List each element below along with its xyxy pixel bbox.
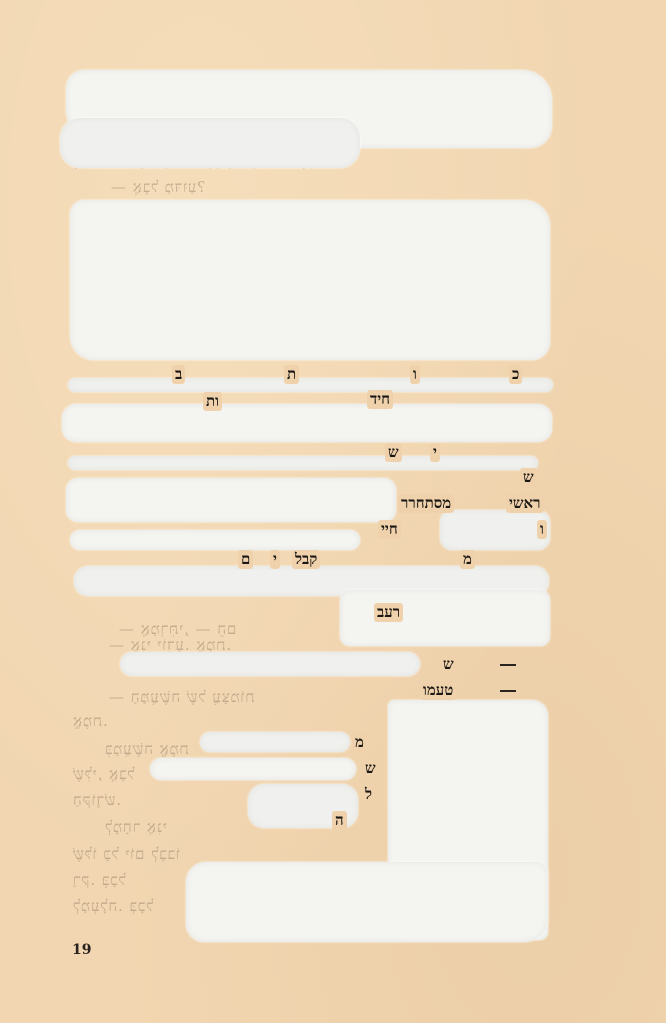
exposed-fragment: מסתחרר xyxy=(398,494,454,513)
exposed-fragment: י xyxy=(270,550,280,569)
exposed-fragment: חיד xyxy=(367,390,393,409)
exposed-fragment: ם xyxy=(238,550,253,569)
exposed-fragment: טעמו xyxy=(420,681,456,700)
paint-stroke xyxy=(150,758,356,780)
exposed-fragment: ו xyxy=(537,520,547,539)
exposed-fragment: ת xyxy=(284,365,299,384)
paint-stroke xyxy=(66,478,396,522)
exposed-fragment: ש xyxy=(362,759,379,778)
ghost-line: — הַמַּעֲשֶׂה שֶׁל עֲצָמוֹת xyxy=(108,688,254,707)
ghost-line: — אֲבָל מַדּוּעַ? xyxy=(110,178,205,197)
exposed-fragment: ב xyxy=(172,365,185,384)
exposed-fragment: ש xyxy=(440,655,457,674)
paint-stroke xyxy=(68,456,538,470)
ghost-line: שֶׁלִּי, אֲבָל xyxy=(72,765,134,784)
paint-stroke xyxy=(440,510,550,550)
exposed-fragment: ש xyxy=(520,468,537,487)
exposed-fragment: חיי xyxy=(378,520,401,539)
exposed-fragment: י xyxy=(430,443,440,462)
paint-stroke xyxy=(68,378,553,392)
ghost-line: בְּמַעֲשֶׂה אֱמֶת xyxy=(104,740,189,759)
paint-stroke xyxy=(340,590,550,646)
exposed-fragment: ל xyxy=(362,785,375,804)
paint-stroke xyxy=(62,404,552,442)
exposed-fragment: ה xyxy=(332,811,347,830)
em-dash xyxy=(500,690,516,692)
paint-stroke xyxy=(70,200,550,360)
ghost-line: רַק. בְּכָל xyxy=(72,871,126,890)
exposed-fragment: ות xyxy=(203,392,222,411)
exposed-fragment: ו xyxy=(410,365,420,384)
page-number: 19 xyxy=(72,942,91,958)
exposed-fragment: כ xyxy=(509,365,522,384)
ghost-line: לְמַעְלָה. בְּכָל xyxy=(72,897,153,916)
paint-stroke xyxy=(200,732,350,752)
book-page: אֲנִי עוֹד מִסְתוֹבֵב — בְּנֵיכֶם אֵינָם… xyxy=(0,0,666,1023)
paint-stroke xyxy=(70,530,360,550)
exposed-fragment: מ xyxy=(352,733,367,752)
exposed-fragment: ראשי xyxy=(506,494,544,513)
ghost-line: לְמָחָר אֲנִי xyxy=(104,818,167,837)
exposed-fragment: מ xyxy=(460,550,475,569)
paint-stroke xyxy=(60,118,360,168)
exposed-fragment: קבל xyxy=(292,550,320,569)
paint-stroke xyxy=(186,862,548,942)
exposed-fragment: רעב xyxy=(374,603,403,622)
ghost-line: הַקּוֹדֶשׁ. xyxy=(72,791,121,810)
ghost-line: שֶׁלּוֹ כָּל יוֹם לְבָבוֹ xyxy=(72,845,180,864)
exposed-fragment: ש xyxy=(385,443,402,462)
paint-stroke xyxy=(120,652,420,676)
ghost-line: אֱמֶת. xyxy=(72,712,108,731)
em-dash xyxy=(500,664,516,666)
